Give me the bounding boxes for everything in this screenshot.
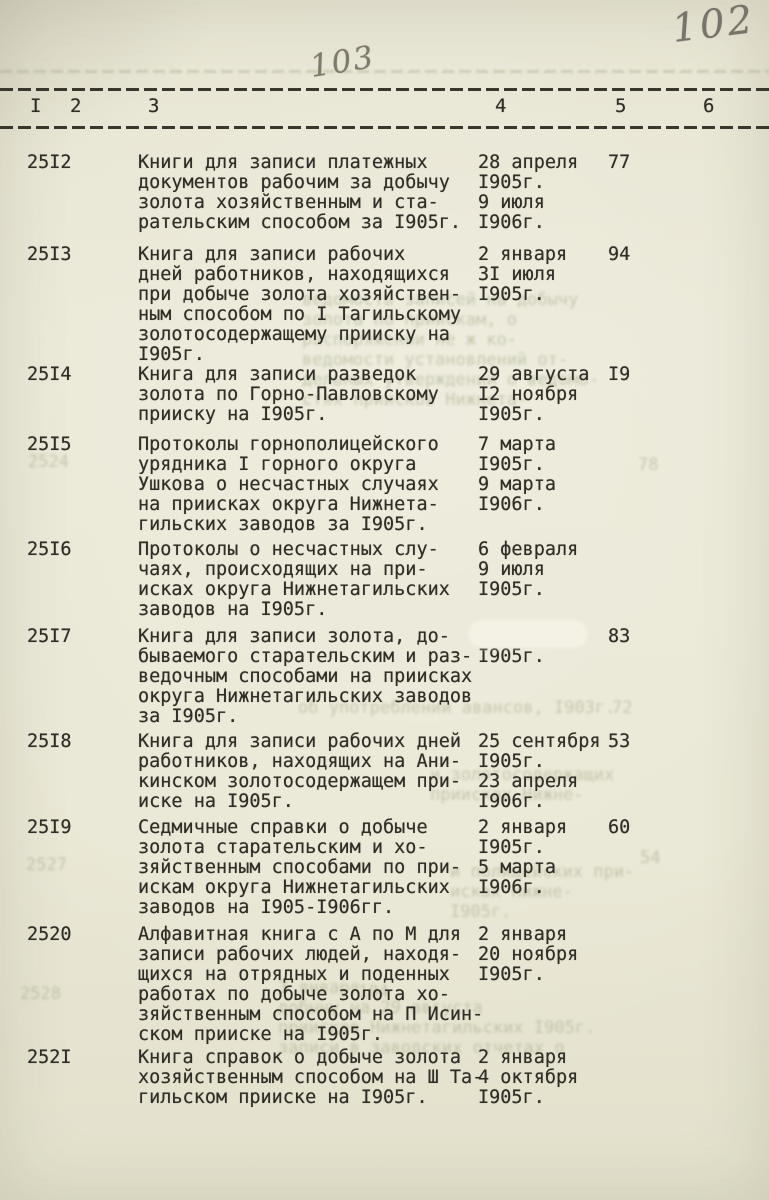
item-sheet-count: 94: [608, 245, 630, 265]
item-number: 25I9: [27, 818, 72, 838]
item-dates: 6 февраля 9 июля I905г.: [478, 540, 578, 600]
item-number: 25I2: [27, 153, 72, 173]
item-description: Протоколы о несчастных слу- чаях, происх…: [138, 540, 450, 620]
column-header-3: 3: [148, 96, 159, 116]
column-header-6: 6: [703, 96, 714, 116]
bleedthrough-number: 54: [640, 848, 660, 868]
item-number: 25I3: [27, 245, 72, 265]
column-header-4: 4: [495, 96, 506, 116]
item-sheet-count: 53: [608, 732, 630, 752]
item-description: Книга для записи золота, до- бываемого с…: [138, 627, 472, 727]
item-number: 25I8: [27, 732, 72, 752]
item-sheet-count: 77: [608, 153, 630, 173]
item-dates: 2 января 4 октября I905г.: [478, 1048, 578, 1108]
item-number: 25I4: [27, 365, 72, 385]
item-description: Книга для записи разведок золота по Горн…: [138, 365, 439, 425]
item-dates: 28 апреля I905г. 9 июля I906г.: [478, 153, 578, 233]
column-header-1: I: [30, 96, 41, 116]
item-description: Книга для записи рабочих дней работников…: [138, 732, 461, 812]
item-number: 2520: [27, 925, 72, 945]
table-header-divider: [0, 88, 769, 91]
item-dates: 2 января I905г. 5 марта I906г.: [478, 818, 567, 898]
item-dates: 2 января 20 ноября I905г.: [478, 925, 578, 985]
column-header-2: 2: [70, 96, 81, 116]
bleedthrough-number: 72: [612, 698, 632, 718]
scanned-document-page: ведомость записей на добычу золота по пр…: [0, 0, 769, 1200]
item-sheet-count: 83: [608, 627, 630, 647]
table-header-divider: [0, 126, 769, 129]
correction-patch: [470, 622, 586, 646]
column-header-5: 5: [615, 96, 626, 116]
handwritten-page-number: 102: [670, 0, 758, 52]
item-number: 25I5: [27, 435, 72, 455]
item-number: 25I7: [27, 627, 72, 647]
bleedthrough-number: 78: [638, 455, 658, 475]
item-description: Протоколы горнополицейского урядника I г…: [138, 435, 439, 535]
bleedthrough-dashed-line: [0, 70, 769, 73]
item-number: 25I6: [27, 540, 72, 560]
bleedthrough-number: 2524: [28, 452, 69, 472]
item-description: Книга для записи рабочих дней работников…: [138, 245, 461, 365]
item-dates: 29 августа I2 ноября I905г.: [478, 365, 589, 425]
item-dates: 25 сентября I905г. 23 апреля I906г.: [478, 732, 601, 812]
item-description: Книги для записи платежных документов ра…: [138, 153, 461, 233]
item-sheet-count: 60: [608, 818, 630, 838]
item-sheet-count: I9: [608, 365, 630, 385]
item-description: Алфавитная книга с А по М для записи раб…: [138, 925, 483, 1045]
bleedthrough-number: 2527: [26, 855, 67, 875]
item-description: Книга справок о добыче золота хозяйствен…: [138, 1048, 483, 1108]
bleedthrough-number: 2528: [20, 984, 61, 1004]
item-number: 252I: [27, 1048, 72, 1068]
item-dates: 7 марта I905г. 9 марта I906г.: [478, 435, 556, 515]
item-dates: 2 января 3I июля I905г.: [478, 245, 567, 305]
item-description: Седмичные справки о добыче золота старат…: [138, 818, 461, 918]
handwritten-page-number: 103: [308, 39, 378, 85]
